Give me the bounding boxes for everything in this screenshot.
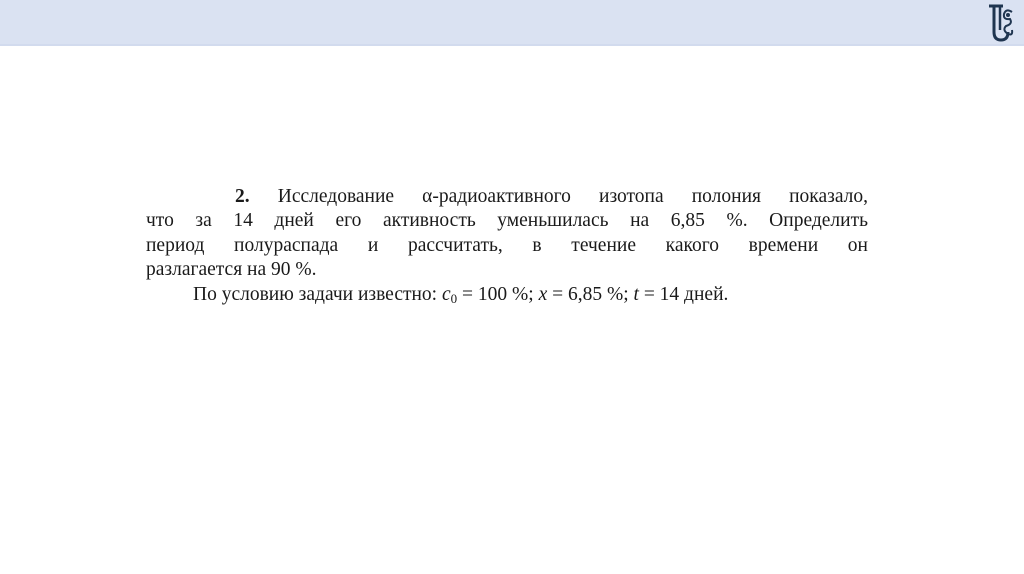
problem-line-3: период полураспада и рассчитать, в течен… [146, 234, 868, 258]
university-logo-icon [986, 2, 1016, 44]
problem-number: 2. [235, 186, 250, 207]
problem-line-1: 2. Исследование α-радиоактивного изотопа… [146, 185, 868, 209]
problem-text: 2. Исследование α-радиоактивного изотопа… [146, 185, 868, 307]
header-bar [0, 0, 1024, 46]
problem-line-4: разлагается на 90 %. [146, 258, 868, 282]
problem-line-2: что за 14 дней его активность уменьшилас… [146, 209, 868, 233]
given-line: По условию задачи известно: c0 = 100 %; … [146, 283, 868, 307]
